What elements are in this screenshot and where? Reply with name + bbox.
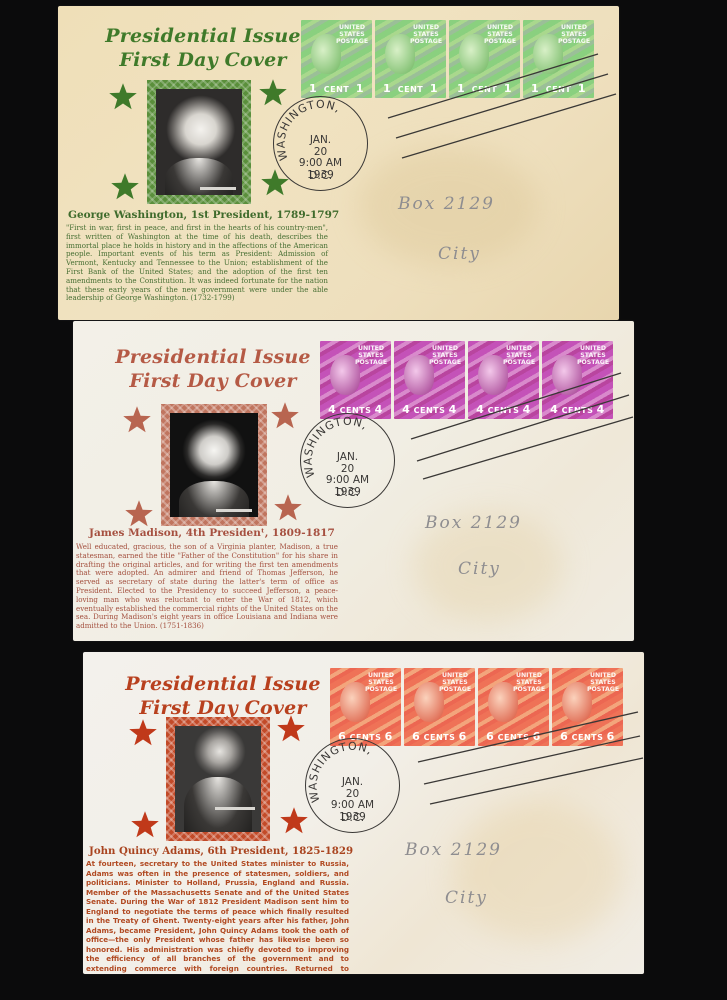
stamp: UNITEDSTATESPOSTAGE 6 CENTS 6 bbox=[330, 668, 401, 746]
portrait-madison bbox=[170, 413, 258, 517]
stamp-strip: UNITEDSTATESPOSTAGE 6 CENTS 6 UNITEDSTAT… bbox=[330, 668, 623, 746]
cover-title: Presidential Issue First Day Cover bbox=[103, 24, 303, 72]
star-icon bbox=[122, 405, 152, 435]
postmark: WASHINGTON, JAN. 20 9:00 AM 1939 D.C. bbox=[300, 413, 395, 508]
stamp: UNITEDSTATESPOSTAGE 1 CENT 1 bbox=[375, 20, 446, 98]
stamp: UNITEDSTATESPOSTAGE 4 CENTS 4 bbox=[320, 341, 391, 419]
star-icon bbox=[279, 806, 309, 836]
portrait-frame bbox=[166, 717, 270, 841]
bio-heading: James Madison, 4th Presidenᵗ, 1809-1817 bbox=[89, 527, 335, 539]
stamp: UNITEDSTATESPOSTAGE 4 CENTS 4 bbox=[542, 341, 613, 419]
pencil-note-box: Box 2129 bbox=[405, 840, 502, 860]
star-icon bbox=[270, 401, 300, 431]
star-icon bbox=[276, 714, 306, 744]
stamp: UNITEDSTATESPOSTAGE 1 CENT 1 bbox=[449, 20, 520, 98]
cover-title-line1: Presidential Issue bbox=[103, 24, 303, 48]
paper-stain bbox=[453, 802, 623, 942]
stamp: UNITEDSTATESPOSTAGE 4 CENTS 4 bbox=[468, 341, 539, 419]
star-icon bbox=[128, 718, 158, 748]
bio-heading: George Washington, 1st President, 1789-1… bbox=[68, 209, 339, 221]
pencil-note-city: City bbox=[458, 559, 501, 579]
stamp: UNITEDSTATESPOSTAGE 4 CENTS 4 bbox=[394, 341, 465, 419]
pencil-note-city: City bbox=[438, 244, 481, 264]
bio-heading: John Quincy Adams, 6th President, 1825-1… bbox=[89, 845, 353, 857]
star-icon bbox=[108, 82, 138, 112]
cover-title: Presidential Issue First Day Cover bbox=[123, 672, 323, 720]
pencil-note-box: Box 2129 bbox=[425, 513, 522, 533]
star-icon bbox=[110, 172, 140, 202]
cover-title: Presidential Issue First Day Cover bbox=[113, 345, 313, 393]
pencil-note-box: Box 2129 bbox=[398, 194, 495, 214]
bio-text: Well educated, gracious, the son of a Vi… bbox=[76, 543, 338, 631]
postmark: WASHINGTON, JAN. 20 9:00 AM 1939 D.C. bbox=[305, 738, 400, 833]
portrait-frame bbox=[161, 404, 267, 526]
first-day-cover-madison: Presidential Issue First Day Cover James… bbox=[73, 321, 634, 641]
cover-title-line2: First Day Cover bbox=[113, 369, 313, 393]
portrait-frame bbox=[147, 80, 251, 204]
portrait-jq-adams bbox=[175, 726, 261, 832]
stamp-strip: UNITEDSTATESPOSTAGE 4 CENTS 4 UNITEDSTAT… bbox=[320, 341, 613, 419]
cover-title-line2: First Day Cover bbox=[103, 48, 303, 72]
star-icon bbox=[273, 493, 303, 523]
bio-text: At fourteen, secretary to the United Sta… bbox=[83, 859, 349, 974]
first-day-cover-jq-adams: Presidential Issue First Day Cover John … bbox=[83, 652, 644, 974]
cover-title-line1: Presidential Issue bbox=[123, 672, 323, 696]
stamp: UNITEDSTATESPOSTAGE 6 CENTS 6 bbox=[404, 668, 475, 746]
star-icon bbox=[130, 810, 160, 840]
pencil-note-city: City bbox=[445, 888, 488, 908]
bio-text: "First in war, first in peace, and first… bbox=[66, 224, 328, 303]
stamp: UNITEDSTATESPOSTAGE 1 CENT 1 bbox=[301, 20, 372, 98]
first-day-cover-washington: Presidential Issue First Day Cover Georg… bbox=[58, 6, 619, 320]
stamp-strip: UNITEDSTATESPOSTAGE 1 CENT 1 UNITEDSTATE… bbox=[301, 20, 594, 98]
cover-title-line1: Presidential Issue bbox=[113, 345, 313, 369]
stamp: UNITEDSTATESPOSTAGE 1 CENT 1 bbox=[523, 20, 594, 98]
stamp: UNITEDSTATESPOSTAGE 6 CENTS 6 bbox=[478, 668, 549, 746]
portrait-washington bbox=[156, 89, 242, 195]
stamp: UNITEDSTATESPOSTAGE 6 CENTS 6 bbox=[552, 668, 623, 746]
star-icon bbox=[124, 499, 154, 529]
postmark: WASHINGTON, JAN. 20 9:00 AM 1939 D.C. bbox=[273, 96, 368, 191]
